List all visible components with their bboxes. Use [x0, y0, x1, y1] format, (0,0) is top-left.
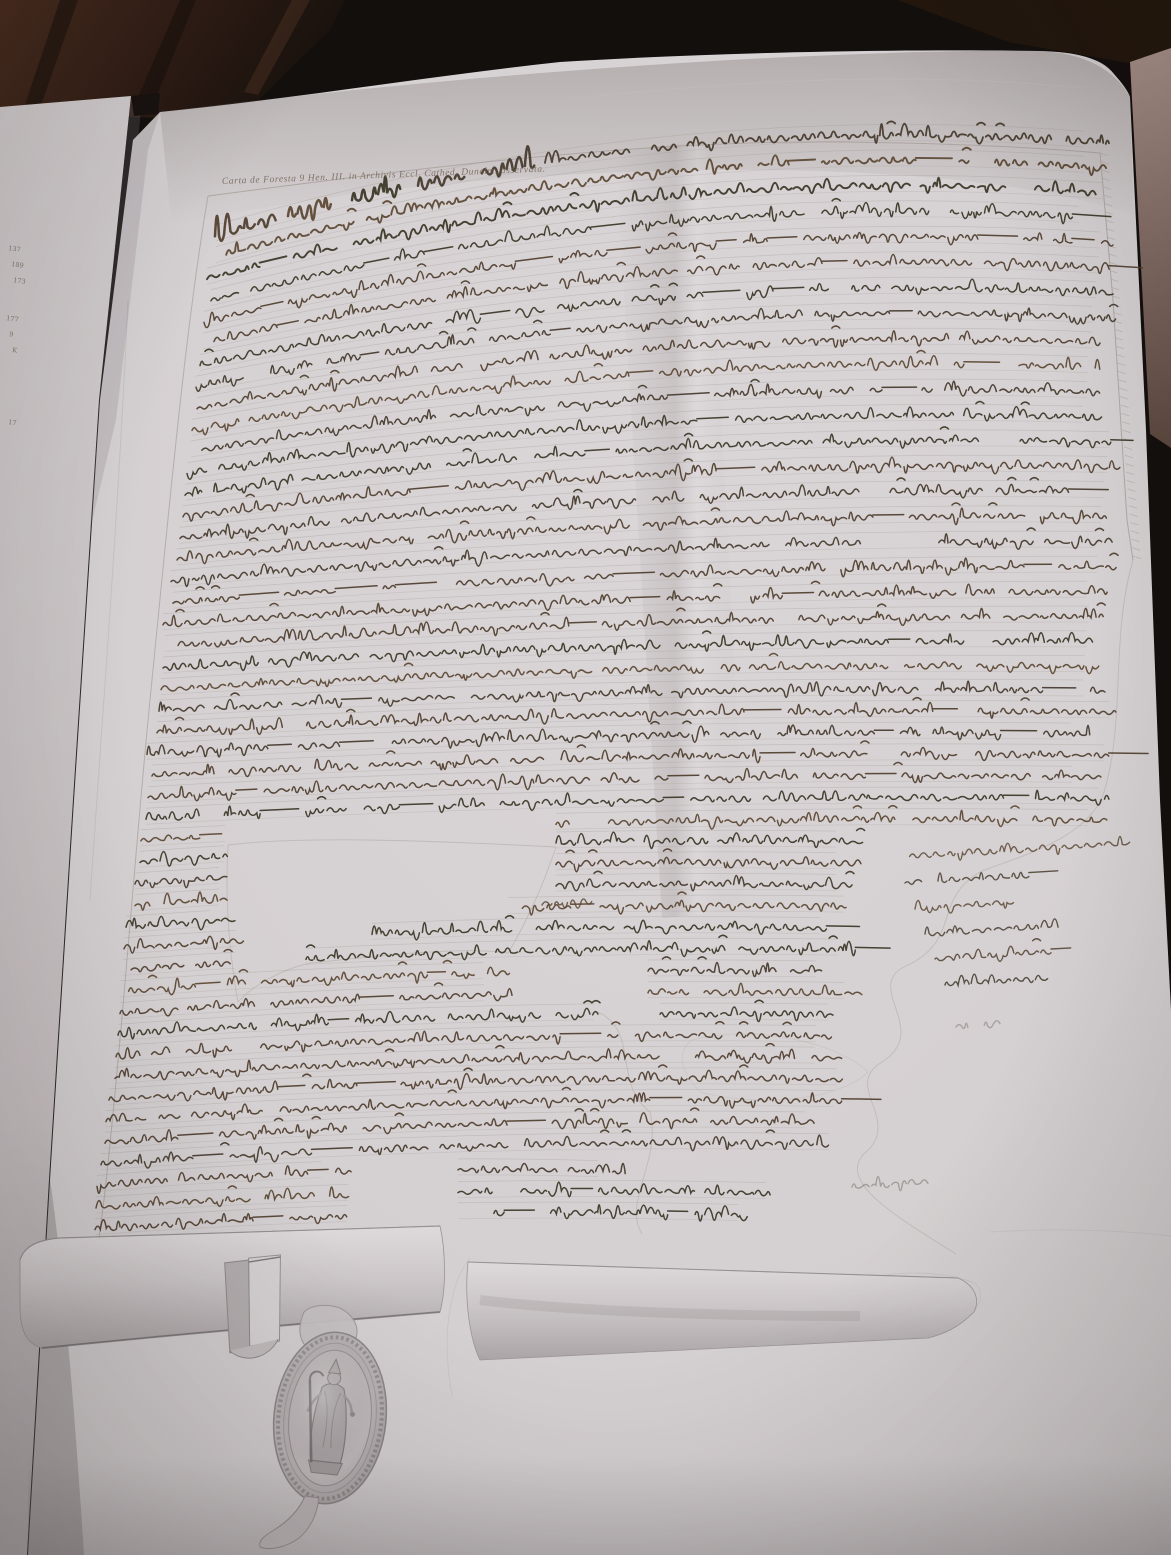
margin-mark: 17	[8, 418, 17, 427]
margin-mark: 177	[6, 314, 19, 324]
page-gap-shadow	[131, 93, 160, 116]
margin-mark: 173	[13, 276, 26, 286]
margin-mark: 137	[8, 244, 21, 254]
seal-ribbon	[224, 1255, 284, 1359]
margin-mark: 189	[11, 260, 24, 270]
photograph-open-book: Carta de Foresta 9 Hen. III. in Archivis…	[0, 0, 1171, 1555]
